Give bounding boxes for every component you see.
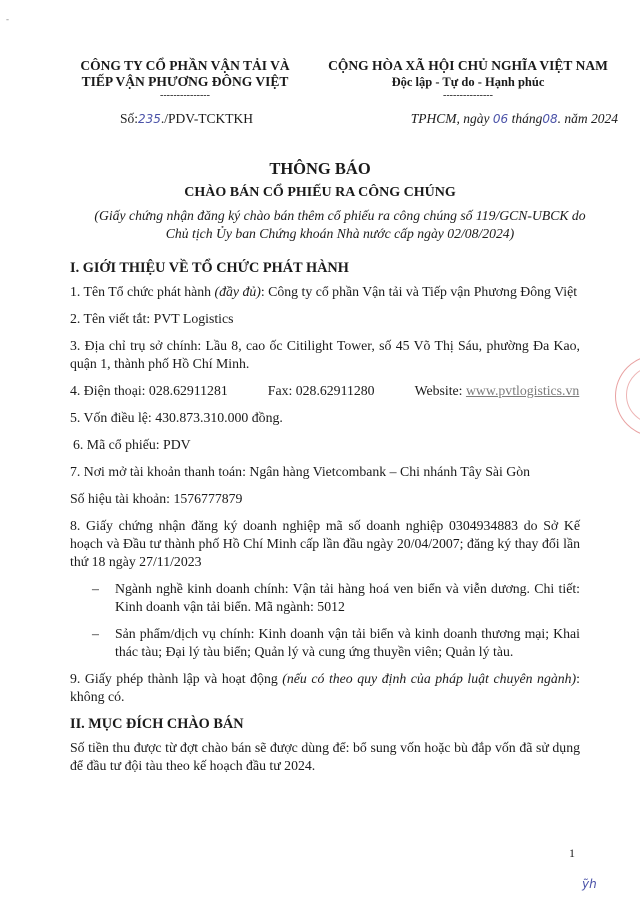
signature-initials: ỹh: [582, 877, 597, 891]
ref-prefix: Số:: [120, 111, 138, 126]
website-label: Website:: [415, 383, 466, 398]
list-item: –Ngành nghề kinh doanh chính: Vận tải hà…: [92, 580, 580, 616]
reference-number: Số:235./PDV-TCKTKH: [120, 111, 253, 127]
company-name-line2: TIẾP VẬN PHƯƠNG ĐÔNG VIỆT: [70, 74, 300, 90]
document-title: THÔNG BÁO: [0, 159, 640, 179]
item-bank: 7. Nơi mở tài khoản thanh toán: Ngân hàn…: [70, 463, 580, 481]
item-address: 3. Địa chỉ trụ sở chính: Lầu 8, cao ốc C…: [70, 337, 580, 373]
note-line2: Chủ tịch Ủy ban Chứng khoán Nhà nước cấp…: [60, 225, 620, 243]
corner-mark: -: [6, 14, 9, 24]
list-item: –Sản phẩm/dịch vụ chính: Kinh doanh vận …: [92, 625, 580, 661]
date-prefix: TPHCM, ngày: [411, 111, 493, 126]
divider: ---------------: [318, 90, 618, 102]
date-day: 06: [493, 112, 508, 126]
republic-block: CỘNG HÒA XÃ HỘI CHỦ NGHĨA VIỆT NAM Độc l…: [318, 58, 618, 102]
item-issuer-name: 1. Tên Tổ chức phát hành (đầy đủ): Công …: [70, 283, 580, 301]
section1-heading: I. GIỚI THIỆU VỀ TỔ CHỨC PHÁT HÀNH: [70, 259, 580, 277]
document-body: I. GIỚI THIỆU VỀ TỔ CHỨC PHÁT HÀNH 1. Tê…: [70, 259, 580, 784]
document-subtitle: CHÀO BÁN CỔ PHIẾU RA CÔNG CHÚNG: [0, 185, 640, 201]
section2-heading: II. MỤC ĐÍCH CHÀO BÁN: [70, 715, 580, 733]
phone: 4. Điện thoại: 028.62911281: [70, 383, 228, 398]
date-suffix: . năm 2024: [558, 111, 618, 126]
ref-handwritten: 235: [138, 112, 161, 126]
company-block: CÔNG TY CỔ PHẦN VẬN TẢI VÀ TIẾP VẬN PHƯƠ…: [70, 58, 300, 102]
item-contact: 4. Điện thoại: 028.62911281Fax: 028.6291…: [70, 382, 580, 400]
ref-suffix: ./PDV-TCKTKH: [161, 111, 253, 126]
fax: Fax: 028.62911280: [268, 383, 375, 398]
company-seal-stamp: [615, 355, 640, 437]
page-number: 1: [569, 846, 575, 861]
item-account-number: Số hiệu tài khoản: 1576777879: [70, 490, 580, 508]
date-month: 08: [542, 112, 557, 126]
note-line1: (Giấy chứng nhận đăng ký chào bán thêm c…: [60, 207, 620, 225]
item-license: 9. Giấy phép thành lập và hoạt động (nếu…: [70, 670, 580, 706]
republic-name: CỘNG HÒA XÃ HỘI CHỦ NGHĨA VIỆT NAM: [318, 58, 618, 74]
website-link[interactable]: www.pvtlogistics.vn: [466, 383, 579, 398]
issue-date: TPHCM, ngày 06 tháng08. năm 2024: [411, 111, 618, 127]
item-short-name: 2. Tên viết tắt: PVT Logistics: [70, 310, 580, 328]
item-charter-capital: 5. Vốn điều lệ: 430.873.310.000 đồng.: [70, 409, 580, 427]
date-mid: tháng: [508, 111, 542, 126]
company-name-line1: CÔNG TY CỔ PHẦN VẬN TẢI VÀ: [70, 58, 300, 74]
divider: ---------------: [70, 90, 300, 102]
item-stock-code: 6. Mã cổ phiếu: PDV: [70, 436, 580, 454]
certificate-note: (Giấy chứng nhận đăng ký chào bán thêm c…: [60, 207, 620, 243]
motto: Độc lập - Tự do - Hạnh phúc: [318, 74, 618, 90]
offering-purpose: Số tiền thu được từ đợt chào bán sẽ được…: [70, 739, 580, 775]
item-business-registration: 8. Giấy chứng nhận đăng ký doanh nghiệp …: [70, 517, 580, 571]
